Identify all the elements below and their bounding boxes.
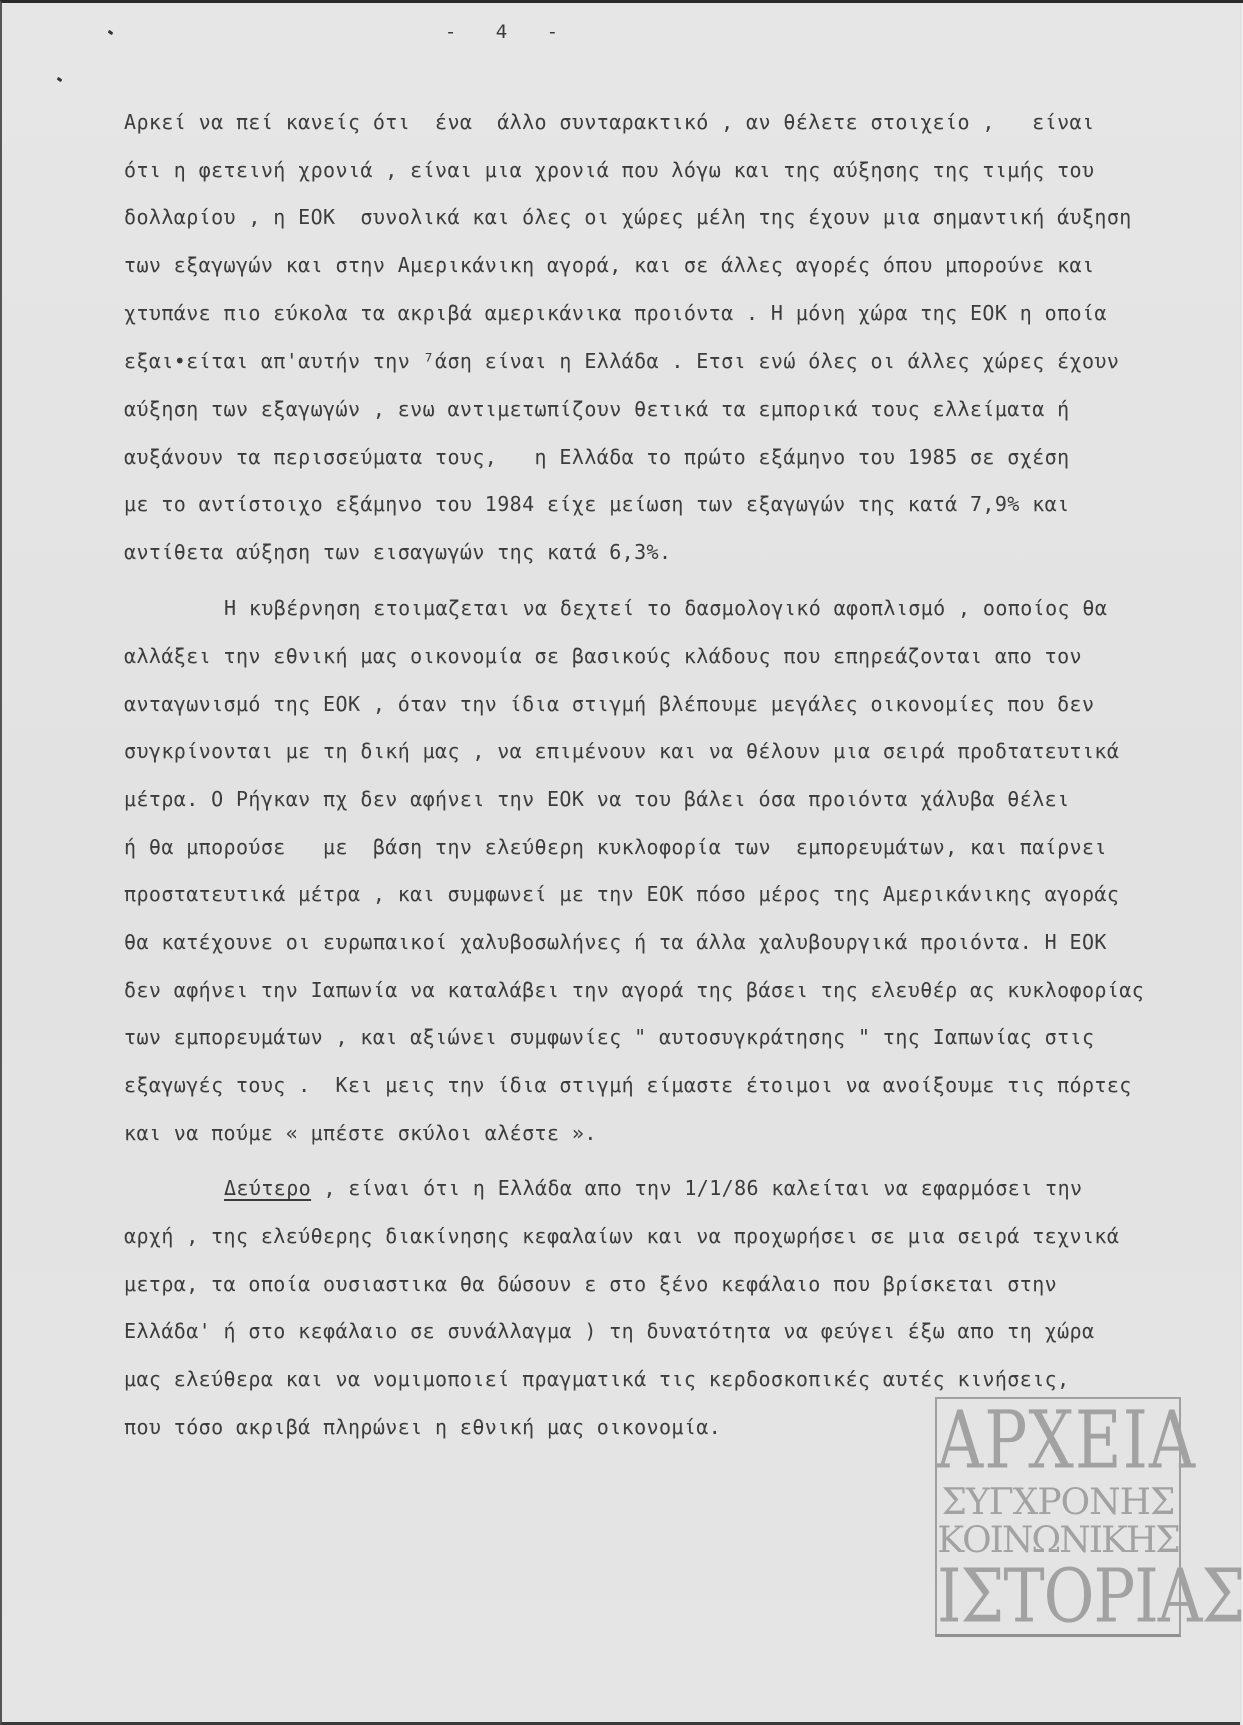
page-number: - 4 - [2, 21, 1243, 43]
text-line: εξαγωγές τους . Κει μεις την ίδια στιγμή… [124, 1073, 1132, 1097]
text-line: ανταγωνισμό της ΕΟΚ , όταν την ίδια στιγ… [124, 692, 1094, 716]
watermark-line-1: ΑΡΧΕΙΑ [937, 1401, 1179, 1481]
text-line: αύξηση των εξαγωγών , ενω αντιμετωπίζουν… [124, 397, 1070, 421]
text-line: μετρα, τα οποία ουσιαστικα θα δώσουν ε σ… [124, 1272, 1057, 1296]
text-line: αντίθετα αύξηση των εισαγωγών της κατά 6… [124, 540, 671, 564]
text-line: και να πούμε « μπέστε σκύλοι αλέστε ». [124, 1121, 597, 1145]
page-number-dash-left: - [445, 21, 458, 43]
page-number-dash-right: - [547, 21, 560, 43]
text-line: προστατευτικά μέτρα , και συμφωνεί με τη… [124, 882, 1119, 906]
section-label: Δεύτερο [224, 1176, 311, 1200]
text-line: Αρκεί να πεί κανείς ότι ένα άλλο συνταρα… [124, 110, 1094, 134]
scan-speck [57, 77, 63, 82]
text-line: Δεύτερο , είναι ότι η Ελλάδα απο την 1/1… [224, 1176, 1082, 1200]
text-line: μέτρα. Ο Ρήγκαν πχ δεν αφήνει την ΕΟΚ να… [124, 787, 1070, 811]
text-line: αλλάξει την εθνική μας οικονομία σε βασι… [124, 644, 1082, 668]
text-line: μας ελεύθερα και να νομιμοποιεί πραγματι… [124, 1367, 1070, 1391]
scanned-page: - 4 - Αρκεί να πεί κανείς ότι ένα άλλο σ… [0, 0, 1243, 1725]
text-line: ή θα μπορούσε με βάση την ελεύθερη κυκλο… [124, 835, 1107, 859]
text-line: Ελλάδα' ή στο κεφάλαιο σε συνάλλαγμα ) τ… [124, 1319, 1094, 1343]
text-line: δεν αφήνει την Ιαπωνία να καταλάβει την … [124, 978, 1144, 1002]
text-line: θα κατέχουνε οι ευρωπαικοί χαλυβοσωλήνες… [124, 930, 1107, 954]
text-line: εξαι•είται απ'αυτήν την ⁷άση είναι η Ελλ… [124, 349, 1119, 373]
text-line: αρχή , της ελεύθερης διακίνησης κεφαλαίω… [124, 1224, 1119, 1248]
text-line: δολλαρίου , η ΕΟΚ συνολικά και όλες οι χ… [124, 205, 1132, 229]
text-line: με το αντίστοιχο εξάμηνο του 1984 είχε μ… [124, 492, 1070, 516]
text-line: αυξάνουν τα περισσεύματα τους, η Ελλάδα … [124, 445, 1070, 469]
watermark-line-2: ΣΥΓΧΡΟΝΗΣ [937, 1485, 1179, 1521]
text-line: που τόσο ακριβά πληρώνει η εθνική μας οι… [124, 1415, 721, 1439]
text-line: ότι η φετεινή χρονιά , είναι μια χρονιά … [124, 158, 1094, 182]
text-line: Η κυβέρνηση ετοιμαζεται να δεχτεί το δασ… [224, 596, 1107, 620]
text-line: χτυπάνε πιο εύκολα τα ακριβά αμερικάνικα… [124, 301, 1107, 325]
section-text: , είναι ότι η Ελλάδα απο την 1/1/86 καλε… [324, 1176, 1083, 1200]
text-line: συγκρίνονται με τη δική μας , να επιμένο… [124, 739, 1119, 763]
text-line: των εμπορευμάτων , και αξιώνει συμφωνίες… [124, 1025, 1094, 1049]
watermark-line-4: ΙΣΤΟΡΙΑΣ [937, 1559, 1179, 1633]
page-number-value: 4 [496, 21, 509, 43]
text-line: των εξαγωγών και στην Αμερικάνικη αγορά,… [124, 253, 1094, 277]
archive-watermark-stamp: ΑΡΧΕΙΑ ΣΥΓΧΡΟΝΗΣ ΚΟΙΝΩΝΙΚΗΣ ΙΣΤΟΡΙΑΣ [935, 1397, 1181, 1637]
